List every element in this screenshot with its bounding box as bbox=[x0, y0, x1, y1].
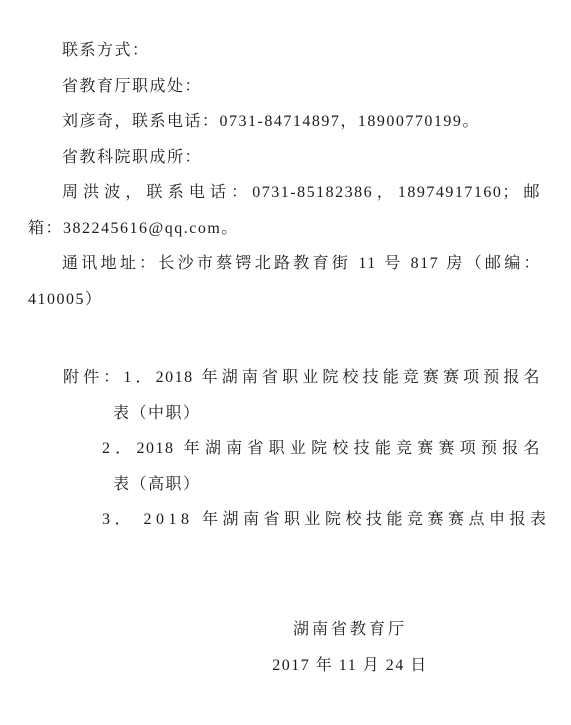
address-line: 通讯地址：长沙市蔡锷北路教育街 11 号 817 房（邮编： bbox=[28, 246, 541, 282]
postcode-line: 410005） bbox=[28, 282, 541, 318]
contact2-phone-line: 周洪波，联系电话：0731-85182386，18974917160；邮 bbox=[28, 175, 541, 211]
attachment-2-title-line: 2．2018 年湖南省职业院校技能竞赛赛项预报名 bbox=[28, 431, 541, 467]
contact2-email-line: 箱：382245616@qq.com。 bbox=[28, 211, 541, 247]
document-page: 联系方式： 省教育厅职成处： 刘彦奇，联系电话：0731-84714897，18… bbox=[0, 0, 571, 725]
issuer-name: 湖南省教育厅 bbox=[270, 612, 430, 648]
attachment-1-title-line: 附件：1．2018 年湖南省职业院校技能竞赛赛项预报名 bbox=[28, 360, 541, 396]
contact1-phone-line: 刘彦奇，联系电话：0731-84714897，18900770199。 bbox=[28, 104, 541, 140]
contact-heading: 联系方式： bbox=[28, 33, 541, 69]
attachment-1-continuation: 表（中职） bbox=[28, 396, 541, 432]
attachment-2-continuation: 表（高职） bbox=[28, 467, 541, 503]
attachment-3-title-line: 3． 2018 年湖南省职业院校技能竞赛赛点申报表 bbox=[28, 502, 541, 538]
attachments-list: 附件：1．2018 年湖南省职业院校技能竞赛赛项预报名 表（中职） 2．2018… bbox=[28, 360, 541, 538]
signature-block: 湖南省教育厅 2017 年 11 月 24 日 bbox=[270, 612, 430, 683]
dept1-line: 省教育厅职成处： bbox=[28, 69, 541, 105]
dept2-line: 省教科院职成所： bbox=[28, 140, 541, 176]
issue-date: 2017 年 11 月 24 日 bbox=[270, 648, 430, 684]
document-body: 联系方式： 省教育厅职成处： 刘彦奇，联系电话：0731-84714897，18… bbox=[28, 33, 541, 538]
